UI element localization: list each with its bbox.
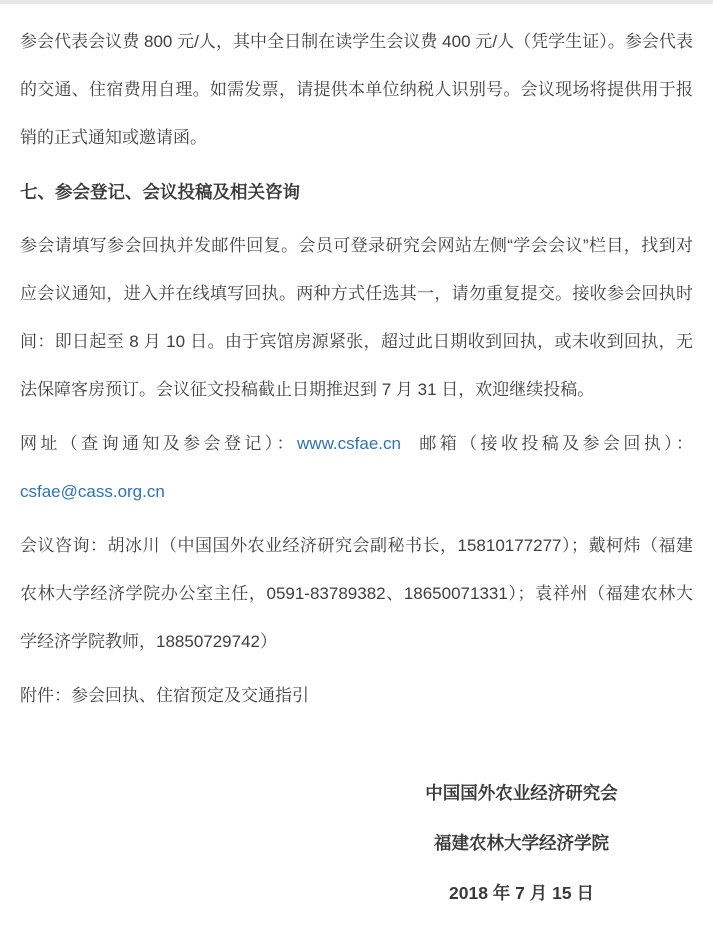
website-link[interactable]: www.csfae.cn xyxy=(297,434,401,453)
paragraph-consultation-contacts: 会议咨询：胡冰川（中国国外农业经济研究会副秘书长，15810177277）；戴柯… xyxy=(20,522,693,666)
website-label: 网址（查询通知及参会登记）： xyxy=(20,434,297,453)
paragraph-contact-links: 网址（查询通知及参会登记）：www.csfae.cn邮箱（接收投稿及参会回执）：… xyxy=(20,420,693,516)
section-heading-registration: 七、参会登记、会议投稿及相关咨询 xyxy=(20,168,693,216)
signature-org-college: 福建农林大学经济学院 xyxy=(350,818,693,868)
email-label: 邮箱（接收投稿及参会回执）： xyxy=(416,434,693,453)
signature-date: 2018 年 7 月 15 日 xyxy=(350,868,693,918)
paragraph-attachment: 附件：参会回执、住宿预定及交通指引 xyxy=(20,672,693,720)
paragraph-conference-fee: 参会代表会议费 800 元/人，其中全日制在读学生会议费 400 元/人（凭学生… xyxy=(20,18,693,162)
email-link[interactable]: csfae@cass.org.cn xyxy=(20,482,165,501)
signature-org-research-association: 中国国外农业经济研究会 xyxy=(350,768,693,818)
signature-block: 中国国外农业经济研究会 福建农林大学经济学院 2018 年 7 月 15 日 xyxy=(20,768,693,918)
paragraph-registration-instructions: 参会请填写参会回执并发邮件回复。会员可登录研究会网站左侧“学会会议”栏目，找到对… xyxy=(20,222,693,414)
document-body: 参会代表会议费 800 元/人，其中全日制在读学生会议费 400 元/人（凭学生… xyxy=(0,4,713,918)
